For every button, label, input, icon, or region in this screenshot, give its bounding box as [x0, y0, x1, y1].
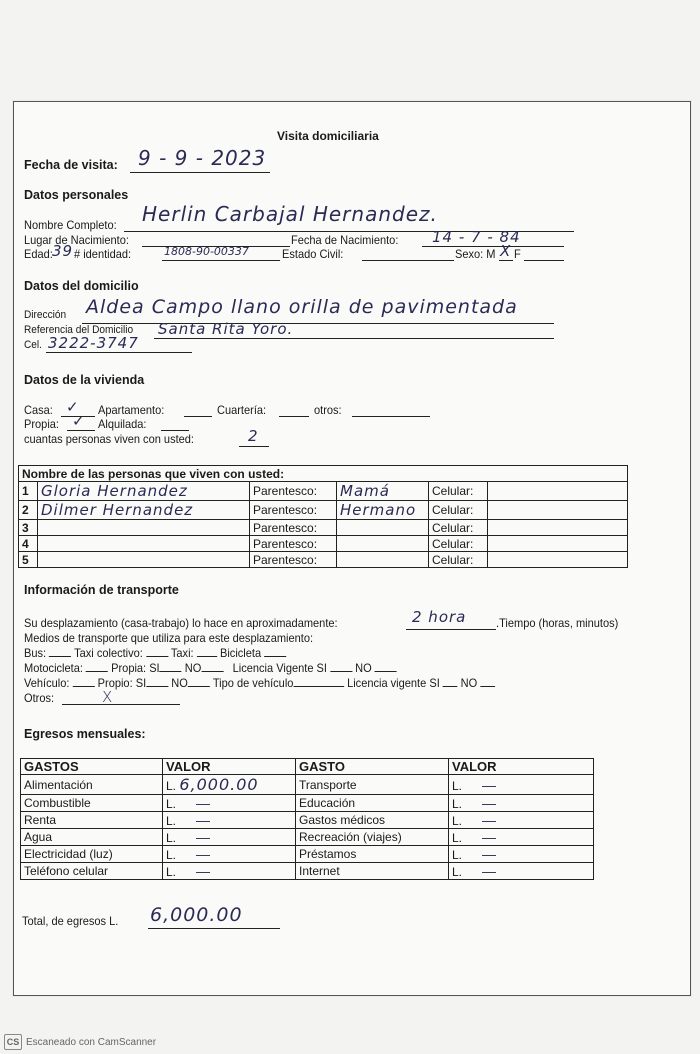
commute-underline — [406, 629, 496, 630]
taxi-colectivo-field[interactable] — [146, 656, 168, 657]
moto-propia-no-field[interactable] — [201, 671, 223, 672]
member-name[interactable]: Gloria Hernandez — [38, 482, 250, 501]
propia-underline — [67, 430, 95, 431]
scanner-watermark-text: Escaneado con CamScanner — [26, 1037, 156, 1048]
total-expenses-value[interactable]: 6,000.00 — [150, 904, 243, 926]
otros-transport-underline — [62, 704, 180, 705]
casa-label: Casa: — [24, 403, 53, 417]
table-row: 5 Parentesco: Celular: — [19, 552, 628, 568]
member-cell[interactable] — [488, 536, 628, 552]
member-relation[interactable] — [337, 520, 429, 536]
vehiculo-licencia-si-field[interactable] — [443, 686, 458, 687]
sex-m-underline — [499, 260, 513, 261]
transport-heading: Información de transporte — [24, 583, 179, 597]
civil-status-label: Estado Civil: — [282, 247, 343, 261]
visit-date-underline — [130, 172, 270, 173]
vehiculo-propio-si-field[interactable] — [146, 686, 168, 687]
vehiculo-propio-no-field[interactable] — [188, 686, 210, 687]
full-name-value[interactable]: Herlin Carbajal Hernandez. — [142, 202, 438, 226]
member-cell[interactable] — [488, 501, 628, 520]
vehiculo-licencia-no-field[interactable] — [480, 686, 495, 687]
member-name[interactable] — [38, 520, 250, 536]
alquilada-underline — [161, 430, 189, 431]
commute-suffix: .Tiempo (horas, minutos) — [496, 616, 618, 630]
expenses-table: GASTOS VALOR GASTO VALOR Alimentación L.… — [20, 758, 594, 880]
member-name[interactable] — [38, 536, 250, 552]
moto-licencia-si-field[interactable] — [330, 671, 352, 672]
expense-value[interactable]: L.— — [163, 846, 296, 863]
people-count-underline — [239, 446, 269, 447]
id-value[interactable]: 1808-90-00337 — [164, 245, 249, 258]
total-expenses-label: Total, de egresos L. — [22, 914, 118, 928]
expense-value[interactable]: L.— — [449, 795, 594, 812]
expense-value[interactable]: L.— — [163, 812, 296, 829]
alquilada-label: Alquilada: — [98, 417, 147, 431]
civil-status-underline — [362, 260, 454, 261]
people-count-value[interactable]: 2 — [248, 427, 259, 445]
otros-transport-label: Otros: — [24, 691, 54, 705]
moto-propia-si-field[interactable] — [160, 671, 182, 672]
commute-label: Su desplazamiento (casa-trabajo) lo hace… — [24, 616, 338, 630]
table-row: 2 Dilmer Hernandez Parentesco: Hermano C… — [19, 501, 628, 520]
id-label: # identidad: — [74, 247, 131, 261]
expense-value[interactable]: L.— — [163, 795, 296, 812]
age-value[interactable]: 39 — [52, 242, 73, 260]
expense-value[interactable]: L. 6,000.00 — [163, 775, 296, 795]
household-members-table: Nombre de las personas que viven con ust… — [18, 465, 628, 568]
table-row: Electricidad (luz) L.— Préstamos L.— — [21, 846, 594, 863]
personal-heading: Datos personales — [24, 188, 128, 202]
expense-value[interactable]: L.— — [163, 863, 296, 880]
expense-value[interactable]: L.— — [449, 775, 594, 795]
reference-underline — [154, 338, 554, 339]
propia-label: Propia: — [24, 417, 59, 431]
bus-field[interactable] — [49, 656, 71, 657]
member-name[interactable]: Dilmer Hernandez — [38, 501, 250, 520]
table-row: Renta L.— Gastos médicos L.— — [21, 812, 594, 829]
propia-mark[interactable]: ✓ — [72, 412, 86, 430]
expenses-heading: Egresos mensuales: — [24, 727, 146, 741]
address-value[interactable]: Aldea Campo llano orilla de pavimentada — [86, 296, 518, 318]
full-name-label: Nombre Completo: — [24, 218, 117, 232]
otros-transport-value[interactable]: X — [102, 688, 113, 706]
taxi-field[interactable] — [197, 656, 217, 657]
moto-licencia-no-field[interactable] — [375, 671, 397, 672]
transport-line-3: Vehículo: Propio: SI NO Tipo de vehículo… — [24, 676, 495, 690]
visit-date-value[interactable]: 9 - 9 - 2023 — [138, 146, 266, 170]
phone-value[interactable]: 3222-3747 — [48, 334, 139, 352]
form-title: Visita domiciliaria — [277, 129, 379, 143]
member-cell[interactable] — [488, 520, 628, 536]
housing-heading: Datos de la vivienda — [24, 373, 144, 387]
form-page: Visita domiciliaria Fecha de visita: 9 -… — [13, 101, 691, 996]
otros-label: otros: — [314, 403, 342, 417]
bicicleta-field[interactable] — [264, 656, 286, 657]
address-underline — [82, 323, 554, 324]
sex-label: Sexo: M — [455, 247, 495, 261]
birthplace-label: Lugar de Nacimiento: — [24, 233, 129, 247]
member-relation[interactable] — [337, 552, 429, 568]
vehiculo-field[interactable] — [73, 686, 95, 687]
expense-value[interactable]: L.— — [163, 829, 296, 846]
expense-value[interactable]: L.— — [449, 846, 594, 863]
expense-value[interactable]: L.— — [449, 829, 594, 846]
member-cell[interactable] — [488, 482, 628, 501]
domicile-heading: Datos del domicilio — [24, 279, 139, 293]
camscanner-logo-icon: CS — [4, 1034, 22, 1050]
scanner-watermark: CS Escaneado con CamScanner — [4, 1034, 156, 1050]
tipo-vehiculo-field[interactable] — [293, 686, 344, 687]
expense-value[interactable]: L.— — [449, 812, 594, 829]
commute-value[interactable]: 2 hora — [412, 608, 466, 626]
member-name[interactable] — [38, 552, 250, 568]
visit-date-label: Fecha de visita: — [24, 158, 118, 172]
birthdate-label: Fecha de Nacimiento: — [291, 233, 398, 247]
people-count-label: cuantas personas viven con usted: — [24, 432, 194, 446]
household-table-header: Nombre de las personas que viven con ust… — [19, 466, 628, 482]
address-label: Dirección — [24, 309, 66, 321]
sex-f-underline — [524, 260, 564, 261]
phone-label: Cel. — [24, 339, 42, 351]
table-row: Agua L.— Recreación (viajes) L.— — [21, 829, 594, 846]
id-underline — [162, 260, 280, 261]
means-label: Medios de transporte que utiliza para es… — [24, 631, 313, 645]
cuarteria-underline — [279, 416, 309, 417]
otros-underline — [352, 416, 430, 417]
transport-line-1: Bus: Taxi colectivo: Taxi: Bicicleta — [24, 646, 286, 660]
table-row: Alimentación L. 6,000.00 Transporte L.— — [21, 775, 594, 795]
sex-f-label: F — [514, 247, 521, 261]
apartamento-underline — [184, 416, 212, 417]
apartamento-label: Apartamento: — [98, 403, 164, 417]
expense-value[interactable]: L.— — [449, 863, 594, 880]
total-expenses-underline — [148, 928, 280, 929]
cuarteria-label: Cuartería: — [217, 403, 266, 417]
table-row: 3 Parentesco: Celular: — [19, 520, 628, 536]
member-relation[interactable] — [337, 536, 429, 552]
motocicleta-field[interactable] — [86, 671, 108, 672]
member-relation[interactable]: Mamá — [337, 482, 429, 501]
sex-m-mark[interactable]: X — [500, 242, 511, 260]
age-label: Edad: — [24, 247, 53, 261]
member-cell[interactable] — [488, 552, 628, 568]
reference-value[interactable]: Santa Rita Yoro. — [158, 320, 293, 338]
phone-underline — [46, 352, 192, 353]
transport-line-2: Motocicleta: Propia: SI NO Licencia Vige… — [24, 661, 397, 675]
table-row: 4 Parentesco: Celular: — [19, 536, 628, 552]
table-row: Teléfono celular L.— Internet L.— — [21, 863, 594, 880]
member-relation[interactable]: Hermano — [337, 501, 429, 520]
table-row: 1 Gloria Hernandez Parentesco: Mamá Celu… — [19, 482, 628, 501]
table-row: Combustible L.— Educación L.— — [21, 795, 594, 812]
